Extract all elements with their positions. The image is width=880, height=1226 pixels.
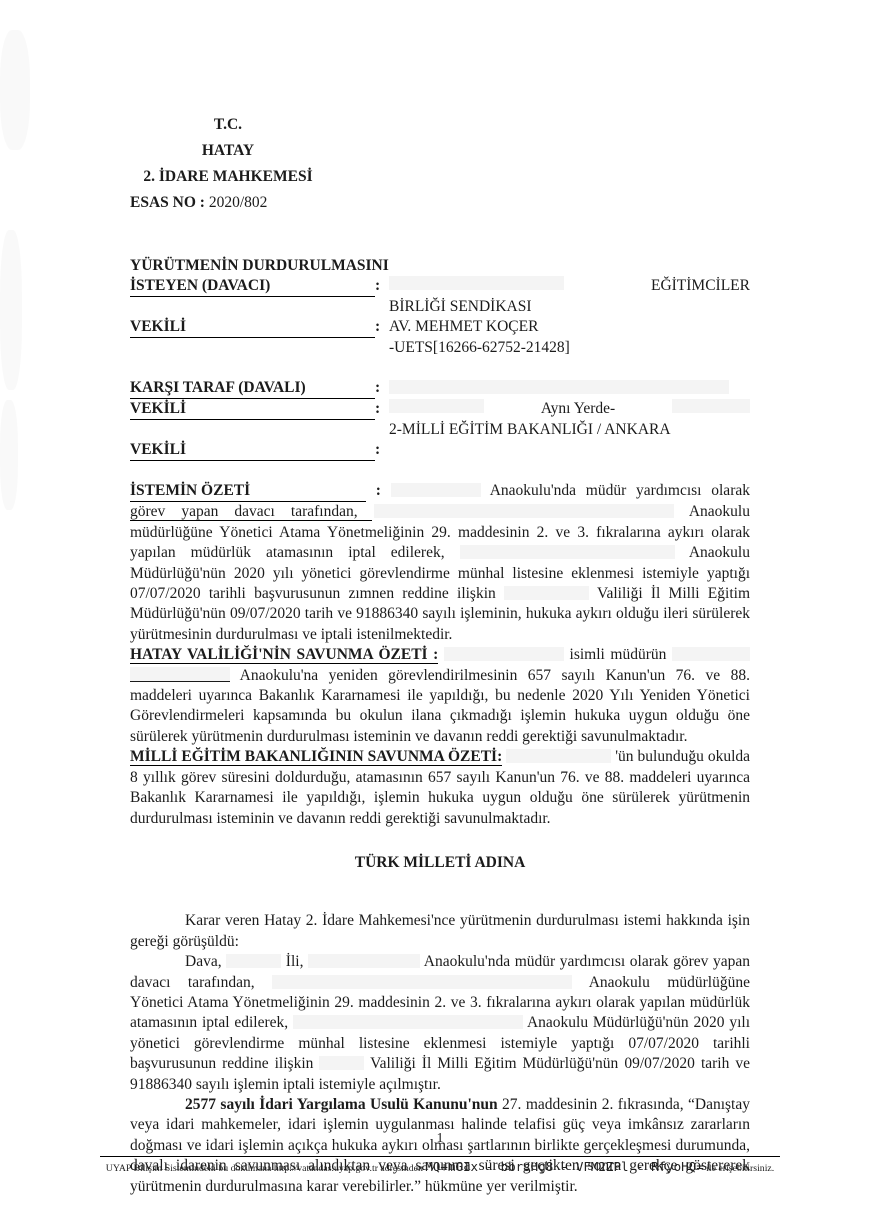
party-colon: : <box>375 317 387 337</box>
party-row: YÜRÜTMENİN DURDURULMASINI <box>130 256 750 276</box>
turk-milleti-adina: TÜRK MİLLETİ ADINA <box>130 853 750 873</box>
redacted-text <box>389 399 484 413</box>
body-text-segment: 2577 sayılı İdari Yargılama Usulü Kanunu… <box>185 1096 498 1113</box>
body-text-segment: Aynı Yerde- <box>541 399 615 419</box>
redacted-text <box>389 380 729 394</box>
redacted-text <box>293 1015 523 1029</box>
body-text-segment: 2-MİLLİ EĞİTİM BAKANLIĞI / ANKARA <box>389 421 671 438</box>
scan-artifact <box>0 400 18 510</box>
party-value: -UETS[16266-62752-21428] <box>387 338 750 358</box>
court-header: T.C. HATAY 2. İDARE MAHKEMESİ <box>130 112 326 190</box>
karar-veren: Karar veren Hatay 2. İdare Mahkemesi'nce… <box>130 911 750 952</box>
body-text-segment: BİRLİĞİ SENDİKASI <box>389 298 532 315</box>
label-underline-continuation <box>130 520 372 521</box>
body-text-segment: Dava, <box>185 953 226 970</box>
party-row: KARŞI TARAF (DAVALI): <box>130 378 750 399</box>
hatay-valiligi-savunma: HATAY VALİLİĞİ'NİN SAVUNMA ÖZETİ : isiml… <box>130 645 750 747</box>
uyap-access-prefix: UYAP Bilişim Sistemindeki bu dokümana ht… <box>106 1163 426 1174</box>
party-row: -UETS[16266-62752-21428] <box>130 338 750 358</box>
redacted-text <box>272 975 572 989</box>
party-row: 2-MİLLİ EĞİTİM BAKANLIĞI / ANKARA <box>130 420 750 440</box>
body-text-segment: İli, <box>286 953 308 970</box>
document-content: T.C. HATAY 2. İDARE MAHKEMESİ ESAS NO : … <box>130 112 750 1197</box>
case-number-line: ESAS NO : 2020/802 <box>130 190 750 216</box>
party-value: 2-MİLLİ EĞİTİM BAKANLIĞI / ANKARA <box>387 420 750 440</box>
body-text-segment: : <box>366 482 391 499</box>
section-heading: MİLLİ EĞİTİM BAKANLIĞININ SAVUNMA ÖZETİ: <box>130 748 502 766</box>
redacted-text <box>130 667 230 682</box>
section-label: İSTEMİN ÖZETİ <box>130 481 366 502</box>
section-heading: HATAY VALİLİĞİ'NİN SAVUNMA ÖZETİ : <box>130 646 438 664</box>
party-label: VEKİLİ <box>130 399 375 420</box>
party-row: BİRLİĞİ SENDİKASI <box>130 297 750 317</box>
party-row: VEKİLİ: <box>130 440 750 461</box>
party-row-spacer <box>130 358 750 378</box>
court-city: HATAY <box>130 138 326 164</box>
redacted-text <box>308 954 420 968</box>
scan-artifact <box>0 230 22 390</box>
case-number-label: ESAS NO : <box>130 194 205 211</box>
redacted-text <box>672 399 750 413</box>
court-name: 2. İDARE MAHKEMESİ <box>130 164 326 190</box>
party-label: VEKİLİ <box>130 440 375 461</box>
page-number: 1 <box>100 1130 780 1146</box>
redacted-text <box>389 276 564 290</box>
party-colon: : <box>375 276 387 296</box>
party-value: BİRLİĞİ SENDİKASI <box>387 297 750 317</box>
party-label: KARŞI TARAF (DAVALI) <box>130 378 375 399</box>
decision-body: İSTEMİN ÖZETİ : Anaokulu'nda müdür yardı… <box>130 481 750 1197</box>
party-value: EĞİTİMCİLER <box>387 276 750 296</box>
party-label: YÜRÜTMENİN DURDURULMASINI <box>130 256 375 276</box>
party-row: İSTEYEN (DAVACI): EĞİTİMCİLER <box>130 276 750 297</box>
party-label: VEKİLİ <box>130 317 375 338</box>
body-text-segment: Karar veren Hatay 2. İdare Mahkemesi'nce… <box>130 912 750 949</box>
party-colon: : <box>375 399 387 419</box>
redacted-text <box>460 545 675 559</box>
body-text-segment: -UETS[16266-62752-21428] <box>389 339 570 356</box>
redacted-text <box>226 954 281 968</box>
scan-artifact <box>0 30 30 150</box>
meb-savunma: MİLLİ EĞİTİM BAKANLIĞININ SAVUNMA ÖZETİ:… <box>130 747 750 829</box>
republic-label: T.C. <box>130 112 326 138</box>
page-footer: 1 UYAP Bilişim Sistemindeki bu dokümana … <box>100 1130 780 1174</box>
party-value: Aynı Yerde- <box>387 399 750 419</box>
party-label: İSTEYEN (DAVACI) <box>130 276 375 297</box>
parties-section: YÜRÜTMENİN DURDURULMASINIİSTEYEN (DAVACI… <box>130 256 750 461</box>
body-text-segment: TÜRK MİLLETİ ADINA <box>355 854 526 871</box>
uyap-access-note: UYAP Bilişim Sistemindeki bu dokümana ht… <box>100 1159 780 1174</box>
redacted-text <box>504 586 589 600</box>
redacted-text <box>506 749 611 763</box>
case-number-value: 2020/802 <box>209 194 268 211</box>
footer-divider <box>100 1156 780 1157</box>
uyap-access-suffix: ile erişebilirsiniz. <box>704 1163 774 1174</box>
document-page: { "header": { "tc": "T.C.", "city": "HAT… <box>0 0 880 1226</box>
scanned-court-document: T.C. HATAY 2. İDARE MAHKEMESİ ESAS NO : … <box>0 0 880 1226</box>
party-row: VEKİLİ: Aynı Yerde- <box>130 399 750 420</box>
redacted-text <box>319 1056 364 1070</box>
party-value: AV. MEHMET KOÇER <box>387 317 750 337</box>
party-value <box>387 378 750 398</box>
istemin-ozeti: İSTEMİN ÖZETİ : Anaokulu'nda müdür yardı… <box>130 481 750 645</box>
party-row: VEKİLİ:AV. MEHMET KOÇER <box>130 317 750 338</box>
dava-ozeti: Dava, İli, Anaokulu'nda müdür yardımcısı… <box>130 952 750 1095</box>
party-colon: : <box>375 440 387 460</box>
redacted-text <box>391 483 481 497</box>
uyap-access-code: MQ+mGIx - bbrsHg8 - VFM2ZPl - RfyoHQ= <box>425 1159 703 1174</box>
redacted-text <box>444 647 564 661</box>
body-text-segment: AV. MEHMET KOÇER <box>389 318 538 335</box>
redacted-text <box>672 647 750 661</box>
body-text-segment: isimli müdürün <box>570 646 672 663</box>
redacted-text <box>374 504 674 518</box>
party-colon: : <box>375 378 387 398</box>
body-text-segment: EĞİTİMCİLER <box>651 276 750 296</box>
